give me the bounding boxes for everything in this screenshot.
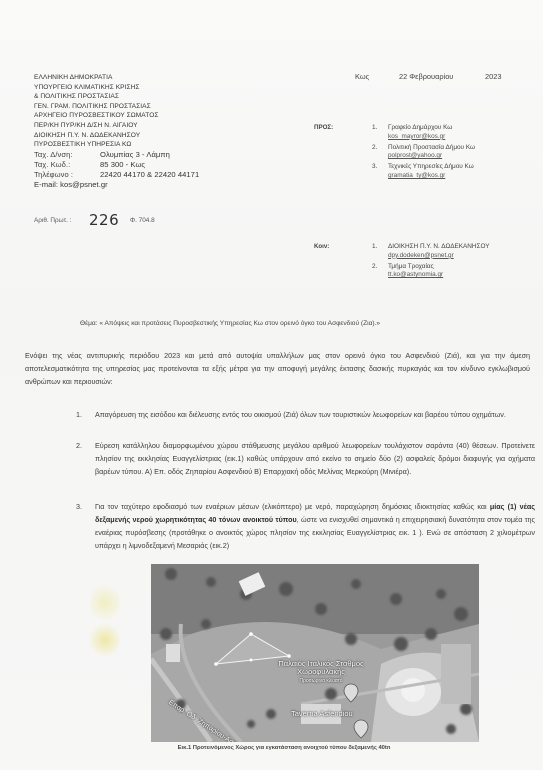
aerial-map-image: Παλαιός Ιταλικός Σταθμός Χωροφυλακής Προ… [151, 564, 479, 742]
recipient-name: Τμήμα Τροχαίας [388, 263, 434, 270]
date-day-month: 22 Φεβρουαρίου [399, 72, 453, 81]
list-item-3: 3. Για τον ταχύτερο εφοδιασμό των εναέρι… [95, 500, 535, 552]
sender-phone: Τηλέφωνο : 22420 44170 & 22420 44171 [34, 170, 199, 180]
scanned-document-page: ΕΛΛΗΝΙΚΗ ΔΗΜΟΚΡΑΤΙΑΥΠΟΥΡΓΕΙΟ ΚΛΙΜΑΤΙΚΗΣ … [0, 0, 543, 770]
date-city: Κως [355, 72, 369, 81]
list-item-2: 2. Εύρεση κατάλληλου διαμορφωμένου χώρου… [95, 439, 535, 478]
recipient-name: ΔΙΟΙΚΗΣΗ Π.Υ. Ν. ΔΩΔΕΚΑΝΗΣΟΥ [388, 243, 490, 250]
map-label-taverna: Taverna Asfendiou [291, 709, 353, 718]
scan-stain [90, 580, 120, 625]
cc-recipient: 2.Τμήμα Τροχαίαςtt.ko@astynomia.gr [372, 263, 543, 281]
figure-caption: Εικ.1 Προτεινόμενος Χώρος για εγκατάστασ… [0, 745, 543, 751]
sender-org-line: ΠΕΡ/ΚΗ ΠΥΡ/ΚΗ Δ/ΣΗ Ν. ΑΙΓΑΙΟΥ [34, 121, 199, 131]
sender-org-line: & ΠΟΛΙΤΙΚΗΣ ΠΡΟΣΤΑΣΙΑΣ [34, 92, 199, 102]
recipient-email-link[interactable]: gramatia_ty@kos.gr [388, 172, 474, 181]
sender-organization: ΕΛΛΗΝΙΚΗ ΔΗΜΟΚΡΑΤΙΑΥΠΟΥΡΓΕΙΟ ΚΛΙΜΑΤΙΚΗΣ … [34, 73, 199, 150]
recipient-name: Τεχνικές Υπηρεσίες Δήμου Κω [388, 163, 474, 170]
to-recipient: 2.Πολιτική Προστασία Δήμου Κωpolprost@ya… [372, 144, 543, 162]
recipient-email-link[interactable]: polprost@yahoo.gr [388, 152, 475, 161]
date-year: 2023 [485, 72, 501, 81]
cc-recipient: 1.ΔΙΟΙΚΗΣΗ Π.Υ. Ν. ΔΩΔΕΚΑΝΗΣΟΥdpy.dodeke… [372, 243, 543, 261]
recipient-name: Γραφείο Δημάρχου Κω [388, 124, 452, 131]
sender-email: E-mail: kos@psnet.gr [34, 180, 199, 190]
recipient-name: Πολιτική Προστασία Δήμου Κω [388, 144, 475, 151]
protocol-label: Αριθ. Πρωτ. : [34, 217, 71, 224]
sender-org-line: ΑΡΧΗΓΕΙΟ ΠΥΡΟΣΒΕΣΤΙΚΟΥ ΣΩΜΑΤΟΣ [34, 111, 199, 121]
sender-org-line: ΥΠΟΥΡΓΕΙΟ ΚΛΙΜΑΤΙΚΗΣ ΚΡΙΣΗΣ [34, 83, 199, 93]
intro-paragraph: Ενόψει της νέας αντιπυρικής περιόδου 202… [25, 349, 530, 388]
cc-recipient-list: 1.ΔΙΟΙΚΗΣΗ Π.Υ. Ν. ΔΩΔΕΚΑΝΗΣΟΥdpy.dodeke… [372, 243, 543, 282]
to-label: ΠΡΟΣ: [314, 124, 333, 131]
file-number: Φ. 704.8 [130, 217, 155, 224]
subject-line: Θέμα: « Απόψεις και προτάσεις Πυροσβεστι… [80, 320, 380, 327]
sender-org-line: ΕΛΛΗΝΙΚΗ ΔΗΜΟΚΡΑΤΙΑ [34, 73, 199, 83]
to-recipient: 1.Γραφείο Δημάρχου Κωkos_mayror@kos.gr [372, 124, 543, 142]
sender-address: Ταχ. Δ/νση: Ολυμπίας 3 - Λάμπη [34, 150, 199, 160]
to-recipient: 3.Τεχνικές Υπηρεσίες Δήμου Κωgramatia_ty… [372, 163, 543, 181]
to-recipient-list: 1.Γραφείο Δημάρχου Κωkos_mayror@kos.gr2.… [372, 124, 543, 183]
protocol-handwritten-number: 226 [89, 211, 119, 229]
sender-org-line: ΔΙΟΙΚΗΣΗ Π.Υ. Ν. ΔΩΔΕΚΑΝΗΣΟΥ [34, 131, 199, 141]
sender-postcode: Ταχ. Κωδ.: 85 300 - Κως [34, 160, 199, 170]
recipient-email-link[interactable]: tt.ko@astynomia.gr [388, 271, 443, 280]
sender-org-line: ΓΕΝ. ΓΡΑΜ. ΠΟΛΙΤΙΚΗΣ ΠΡΟΣΤΑΣΙΑΣ [34, 102, 199, 112]
sender-header: ΕΛΛΗΝΙΚΗ ΔΗΜΟΚΡΑΤΙΑΥΠΟΥΡΓΕΙΟ ΚΛΙΜΑΤΙΚΗΣ … [34, 73, 199, 191]
cc-label: Κοιν: [314, 243, 329, 250]
recipient-email-link[interactable]: kos_mayror@kos.gr [388, 133, 452, 142]
sender-org-line: ΠΥΡΟΣΒΕΣΤΙΚΗ ΥΠΗΡΕΣΙΑ ΚΩ [34, 140, 199, 150]
protocol-number: Αριθ. Πρωτ. : 226 Φ. 704.8 [34, 217, 71, 224]
list-item-1: 1. Απαγόρευση της εισόδου και διέλευσης … [95, 408, 535, 421]
scan-stain [90, 620, 120, 660]
map-label-poi: Παλαιός Ιταλικός Σταθμός Χωροφυλακής Προ… [266, 660, 376, 685]
recipient-email-link[interactable]: dpy.dodeken@psnet.gr [388, 252, 490, 261]
